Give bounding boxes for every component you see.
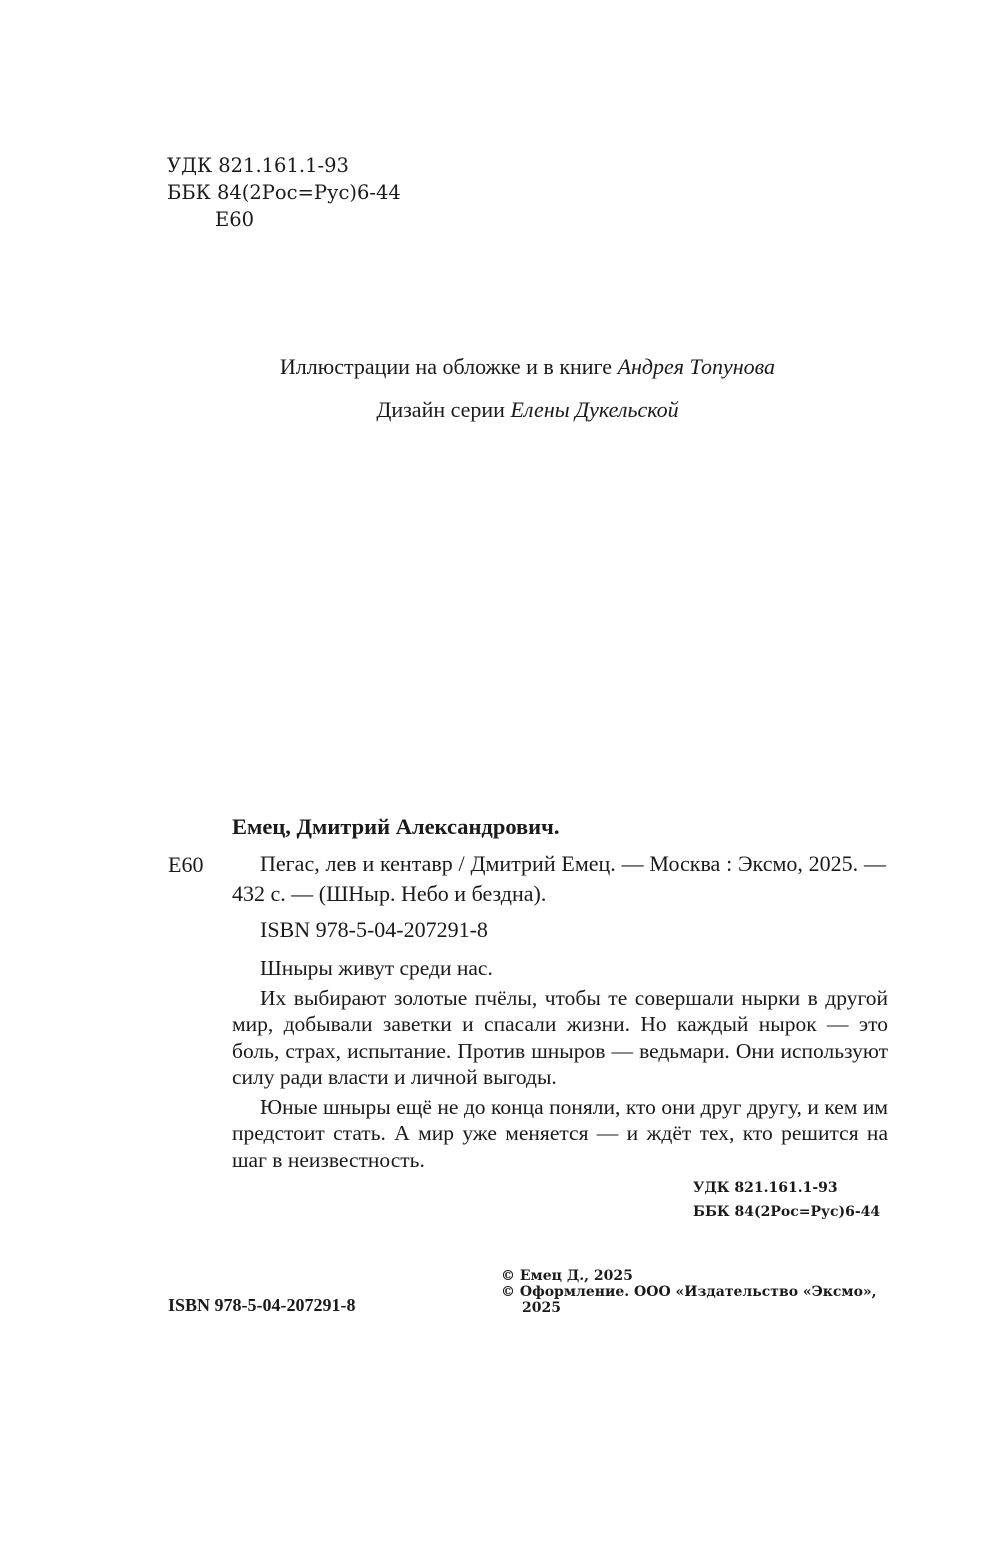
bibliographic-description: Пегас, лев и кентавр / Дмитрий Емец. — М… xyxy=(232,849,886,909)
copyright-design: © Оформление. ООО «Издательство «Эксмо», xyxy=(501,1284,877,1300)
bbk-code-bottom: ББК 84(2Рос=Рус)6-44 xyxy=(693,1200,880,1224)
annotation-paragraph: Юные шныры ещё не до конца поняли, кто о… xyxy=(232,1094,888,1174)
illustrations-prefix: Иллюстрации на обложке и в книге xyxy=(280,354,618,379)
udk-code-bottom: УДК 821.161.1-93 xyxy=(693,1176,880,1200)
classification-top: УДК 821.161.1-93 ББК 84(2Рос=Рус)6-44 Е6… xyxy=(167,152,401,233)
isbn-bottom: ISBN 978-5-04-207291-8 xyxy=(168,1295,356,1316)
illustrator-name: Андрея Топунова xyxy=(618,354,776,379)
copyright-block: © Емец Д., 2025 © Оформление. ООО «Издат… xyxy=(501,1268,877,1316)
annotation-paragraph: Их выбирают золотые пчёлы, чтобы те сове… xyxy=(232,985,888,1091)
designer-name: Елены Дукельской xyxy=(510,397,678,422)
design-credit: Дизайн серии Елены Дукельской xyxy=(0,397,1000,423)
design-prefix: Дизайн серии xyxy=(376,397,510,422)
author-heading: Емец, Дмитрий Александрович. xyxy=(232,814,559,840)
udk-code: УДК 821.161.1-93 xyxy=(167,152,401,179)
isbn-biblio: ISBN 978-5-04-207291-8 xyxy=(260,917,488,943)
illustrations-credit: Иллюстрации на обложке и в книге Андрея … xyxy=(0,354,1000,380)
copyright-author: © Емец Д., 2025 xyxy=(501,1268,877,1284)
author-mark: Е60 xyxy=(167,206,401,233)
author-mark-biblio: Е60 xyxy=(168,852,203,878)
copyright-year: 2025 xyxy=(501,1300,877,1316)
annotation-paragraph: Шныры живут среди нас. xyxy=(232,955,888,982)
annotation: Шныры живут среди нас. Их выбирают золот… xyxy=(232,955,888,1176)
bbk-code: ББК 84(2Рос=Рус)6-44 xyxy=(167,179,401,206)
classification-bottom: УДК 821.161.1-93 ББК 84(2Рос=Рус)6-44 xyxy=(693,1176,880,1224)
